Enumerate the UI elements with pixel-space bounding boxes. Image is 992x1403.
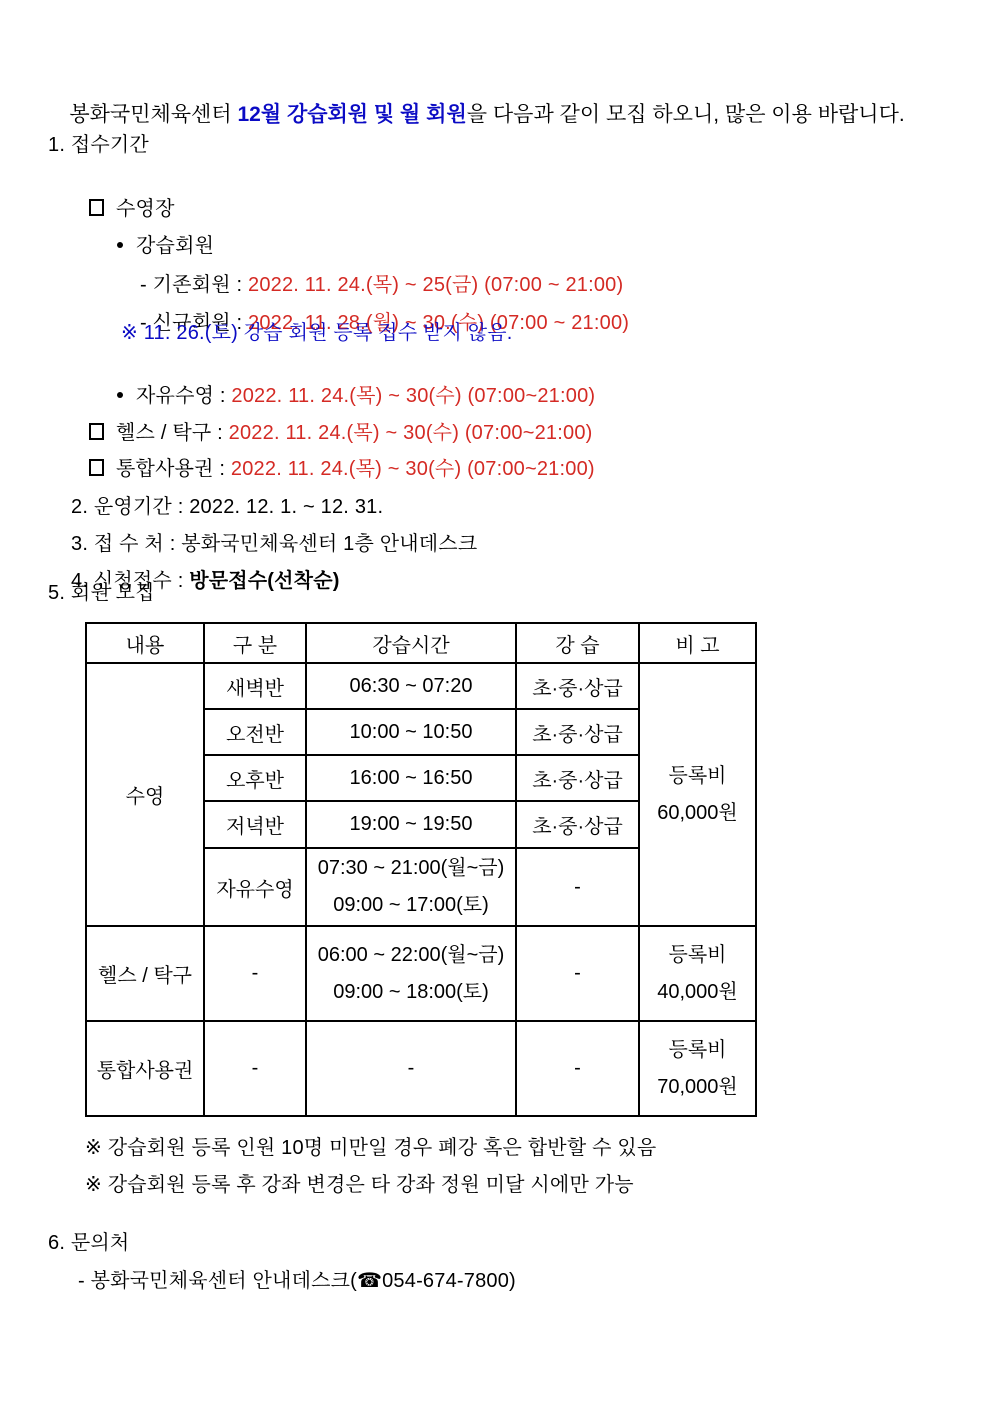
fee-label: 등록비: [640, 937, 755, 974]
time-cell: -: [306, 1021, 516, 1116]
level-cell: -: [516, 1021, 639, 1116]
swim-category-cell: 수영: [86, 663, 204, 926]
section-1-heading: 1. 접수기간: [48, 132, 149, 158]
swim-fee-cell: 등록비 60,000원: [639, 663, 756, 926]
header-content: 내용: [86, 623, 204, 663]
time-cell: 16:00 ~ 16:50: [306, 755, 516, 801]
title-suffix: 을 다음과 같이 모집 하오니, 많은 이용 바랍니다.: [467, 103, 905, 126]
gym-category-cell: 헬스 / 탁구: [86, 926, 204, 1021]
fee-amount: 70,000원: [640, 1069, 755, 1106]
table-row: 통합사용권 - - - 등록비 70,000원: [86, 1021, 756, 1116]
time-saturday: 09:00 ~ 18:00(토): [307, 974, 515, 1011]
fee-label: 등록비: [640, 758, 755, 795]
table-header-row: 내용 구 분 강습시간 강 습 비 고: [86, 623, 756, 663]
member-recruit-heading: 5. 회원 모집: [48, 580, 155, 606]
time-cell: 19:00 ~ 19:50: [306, 801, 516, 848]
fee-label: 등록비: [640, 1032, 755, 1069]
class-cell: 오후반: [204, 755, 306, 801]
class-cell: 새벽반: [204, 663, 306, 709]
page-title: 봉화국민체육센터 12월 강습회원 및 월 회원을 다음과 같이 모집 하오니,…: [46, 76, 905, 154]
header-note: 비 고: [639, 623, 756, 663]
pass-category-cell: 통합사용권: [86, 1021, 204, 1116]
class-cell: 자유수영: [204, 848, 306, 926]
title-prefix: 봉화국민체육센터: [69, 103, 237, 126]
level-cell: 초·중·상급: [516, 755, 639, 801]
time-cell: 07:30 ~ 21:00(월~금) 09:00 ~ 17:00(토): [306, 848, 516, 926]
header-lesson-time: 강습시간: [306, 623, 516, 663]
class-cell: -: [204, 926, 306, 1021]
time-cell: 06:00 ~ 22:00(월~금) 09:00 ~ 18:00(토): [306, 926, 516, 1021]
member-table: 내용 구 분 강습시간 강 습 비 고 수영 새벽반 06:30 ~ 07:20…: [85, 622, 757, 1117]
notice-document: 봉화국민체육센터 12월 강습회원 및 월 회원을 다음과 같이 모집 하오니,…: [0, 0, 992, 1403]
contact-heading: 6. 문의처: [48, 1230, 129, 1256]
level-cell: 초·중·상급: [516, 663, 639, 709]
table-row: 수영 새벽반 06:30 ~ 07:20 초·중·상급 등록비 60,000원: [86, 663, 756, 709]
fee-amount: 40,000원: [640, 974, 755, 1011]
application-value: 방문접수(선착순): [189, 570, 339, 592]
time-weekday: 07:30 ~ 21:00(월~금): [307, 850, 515, 887]
closed-day-note: ※ 11. 26.(토) 강습 회원 등록 접수 받지 않음.: [121, 320, 513, 346]
level-cell: -: [516, 926, 639, 1021]
class-cell: 오전반: [204, 709, 306, 755]
title-highlight: 12월 강습회원 및 월 회원: [237, 103, 466, 126]
level-cell: 초·중·상급: [516, 801, 639, 848]
pass-fee-cell: 등록비 70,000원: [639, 1021, 756, 1116]
header-division: 구 분: [204, 623, 306, 663]
time-cell: 06:30 ~ 07:20: [306, 663, 516, 709]
fee-amount: 60,000원: [640, 795, 755, 832]
contact-line: - 봉화국민체육센터 안내데스크(☎054-674-7800): [78, 1268, 516, 1294]
table-note-2: ※ 강습회원 등록 후 강좌 변경은 타 강좌 정원 미달 시에만 가능: [85, 1172, 634, 1198]
header-lesson-level: 강 습: [516, 623, 639, 663]
time-saturday: 09:00 ~ 17:00(토): [307, 887, 515, 924]
table-row: 헬스 / 탁구 - 06:00 ~ 22:00(월~금) 09:00 ~ 18:…: [86, 926, 756, 1021]
class-cell: 저녁반: [204, 801, 306, 848]
time-weekday: 06:00 ~ 22:00(월~금): [307, 937, 515, 974]
level-cell: 초·중·상급: [516, 709, 639, 755]
time-cell: 10:00 ~ 10:50: [306, 709, 516, 755]
table-note-1: ※ 강습회원 등록 인원 10명 미만일 경우 폐강 혹은 합반할 수 있음: [85, 1135, 656, 1161]
class-cell: -: [204, 1021, 306, 1116]
gym-fee-cell: 등록비 40,000원: [639, 926, 756, 1021]
level-cell: -: [516, 848, 639, 926]
